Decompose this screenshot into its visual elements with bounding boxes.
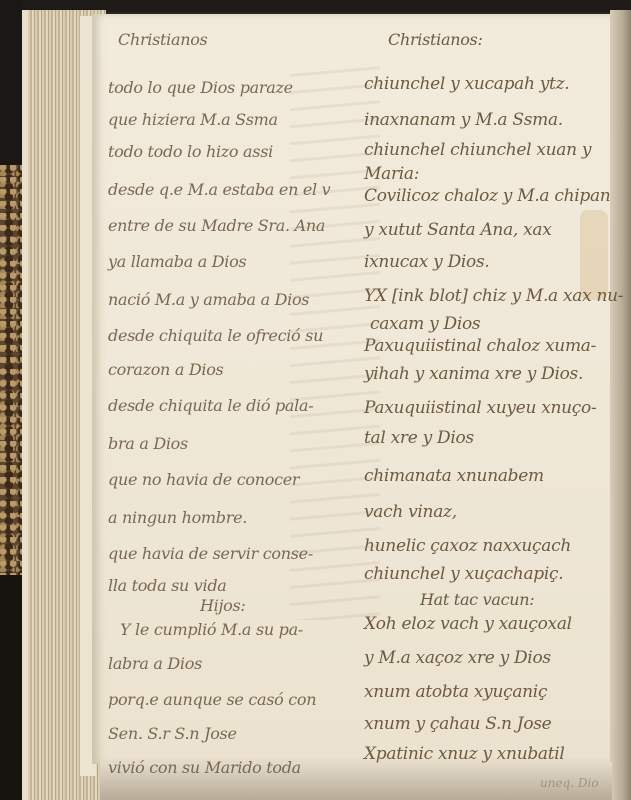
right-line: tal xre y Dios [364,428,474,448]
right-line: chiunchel y xucapah ytz. [364,74,569,94]
left-line: desde q.e M.a estaba en el v [108,180,330,199]
left-line: desde chiquita le ofreció su [108,326,323,345]
book-cover-left [0,0,22,170]
left-line: a ningun hombre. [108,508,247,527]
right-line: xnum y çahau S.n Jose [364,714,551,734]
marbled-cover-board [0,165,24,575]
left-line: labra a Dios [108,654,202,673]
left-line: lla toda su vida [108,576,227,595]
right-line: yihah y xanima xre y Dios. [364,364,583,384]
left-line: desde chiquita le dió pala- [108,396,313,415]
right-line: y xutut Santa Ana, xax [364,220,552,240]
left-line: corazon a Dios [108,360,223,379]
left-heading: Christianos [118,30,207,49]
left-line: que havia de servir conse- [108,544,313,563]
manuscript-scan: uneq. Dio Christianos todo lo que Dios p… [0,0,631,800]
right-line: xnum atobta xyuçaniç [364,682,547,702]
left-line: que hiziera M.a Ssma [108,110,278,129]
right-line: Covilicoz chaloz y M.a chipan [364,186,610,206]
left-line: bra a Dios [108,434,188,453]
right-heading: Christianos: [388,30,483,49]
left-line: ya llamaba a Dios [108,252,246,271]
right-line: chimanata xnunabem [364,466,544,486]
left-line: porq.e aunque se casó con [108,690,316,709]
right-line: ixnucax y Dios. [364,252,490,272]
left-line: que no havia de conocer [108,470,299,489]
left-line: vivió con su Marido toda [108,758,301,777]
left-line: todo todo lo hizo assi [108,142,273,161]
left-line: Y le cumplió M.a su pa- [120,620,303,639]
right-line: Xpatinic xnuz y xnubatil [364,744,565,764]
left-subheading: Hijos: [200,596,245,615]
bottom-margin-note: uneq. Dio [540,776,599,790]
right-line-with-ink-blot: YX [ink blot] chiz y M.a xax nu- [364,286,623,306]
right-line: vach vinaz, [364,502,457,522]
right-line: Xoh eloz vach y xauçoxal [364,614,572,634]
right-line: chiunchel chiunchel xuan y [364,140,591,160]
right-line: hunelic çaxoz naxxuçach [364,536,571,556]
right-line: Maria: [364,164,419,184]
right-line: chiunchel y xuçachapiç. [364,564,563,584]
left-line: entre de su Madre Sra. Ana [108,216,325,235]
right-line: Paxuquiistinal xuyeu xnuço- [364,398,596,418]
left-line: todo lo que Dios paraze [108,78,293,97]
right-line: y M.a xaçoz xre y Dios [364,648,551,668]
right-line: Paxuquiistinal chaloz xuma- [364,336,596,356]
right-subheading: Hat tac vacun: [420,590,534,609]
left-line: nació M.a y amaba a Dios [108,290,309,309]
book-cover-bottom-left [0,575,24,800]
right-line: caxam y Dios [370,314,480,334]
left-line: Sen. S.r S.n Jose [108,724,237,743]
right-line: inaxnanam y M.a Ssma. [364,110,563,130]
page-right-edge [610,10,631,800]
